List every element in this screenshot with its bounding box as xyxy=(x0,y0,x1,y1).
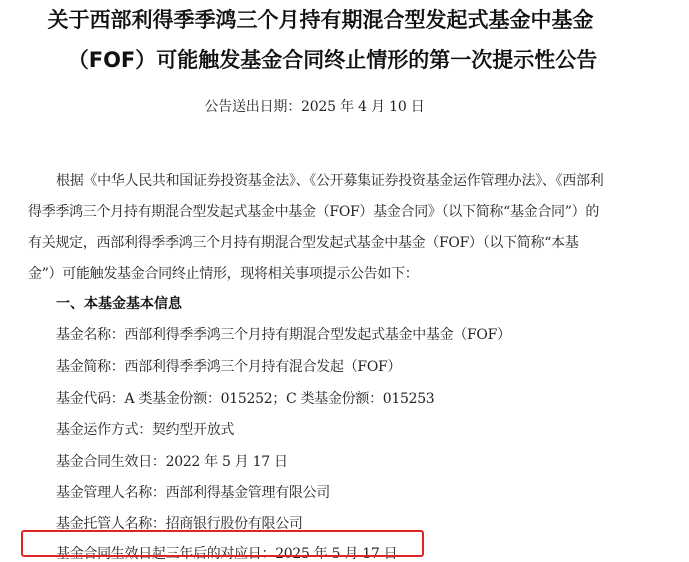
info-manager-name: 基金管理人名称：西部利得基金管理有限公司 xyxy=(56,482,330,502)
intro-line-4: 金”）可能触发基金合同终止情形，现将相关事项提示公告如下： xyxy=(28,263,418,283)
red-highlight-box xyxy=(21,530,424,557)
announcement-date: 公告送出日期：2025 年 4 月 10 日 xyxy=(0,96,659,116)
document-title-line-2: （FOF）可能触发基金合同终止情形的第一次提示性公告 xyxy=(0,44,677,74)
info-fund-code: 基金代码：A 类基金份额：015252；C 类基金份额：015253 xyxy=(56,388,434,408)
intro-line-1: 根据《中华人民共和国证券投资基金法》、《公开募集证券投资基金运作管理办法》、《西… xyxy=(56,170,603,190)
info-fund-short-name: 基金简称：西部利得季季鸿三个月持有混合发起（FOF） xyxy=(56,356,401,376)
intro-line-2: 得季季鸿三个月持有期混合型发起式基金中基金（FOF）基金合同》（以下简称“基金合… xyxy=(28,201,599,221)
info-contract-effective-date: 基金合同生效日：2022 年 5 月 17 日 xyxy=(56,451,288,471)
section-heading-basic-info: 一、本基金基本信息 xyxy=(56,293,182,313)
info-fund-name: 基金名称：西部利得季季鸿三个月持有期混合型发起式基金中基金（FOF） xyxy=(56,324,511,344)
info-operation-mode: 基金运作方式：契约型开放式 xyxy=(56,419,234,439)
document-title-line-1: 关于西部利得季季鸿三个月持有期混合型发起式基金中基金 xyxy=(0,4,665,34)
intro-line-3: 有关规定，西部利得季季鸿三个月持有期混合型发起式基金中基金（FOF）（以下简称“… xyxy=(28,232,578,252)
